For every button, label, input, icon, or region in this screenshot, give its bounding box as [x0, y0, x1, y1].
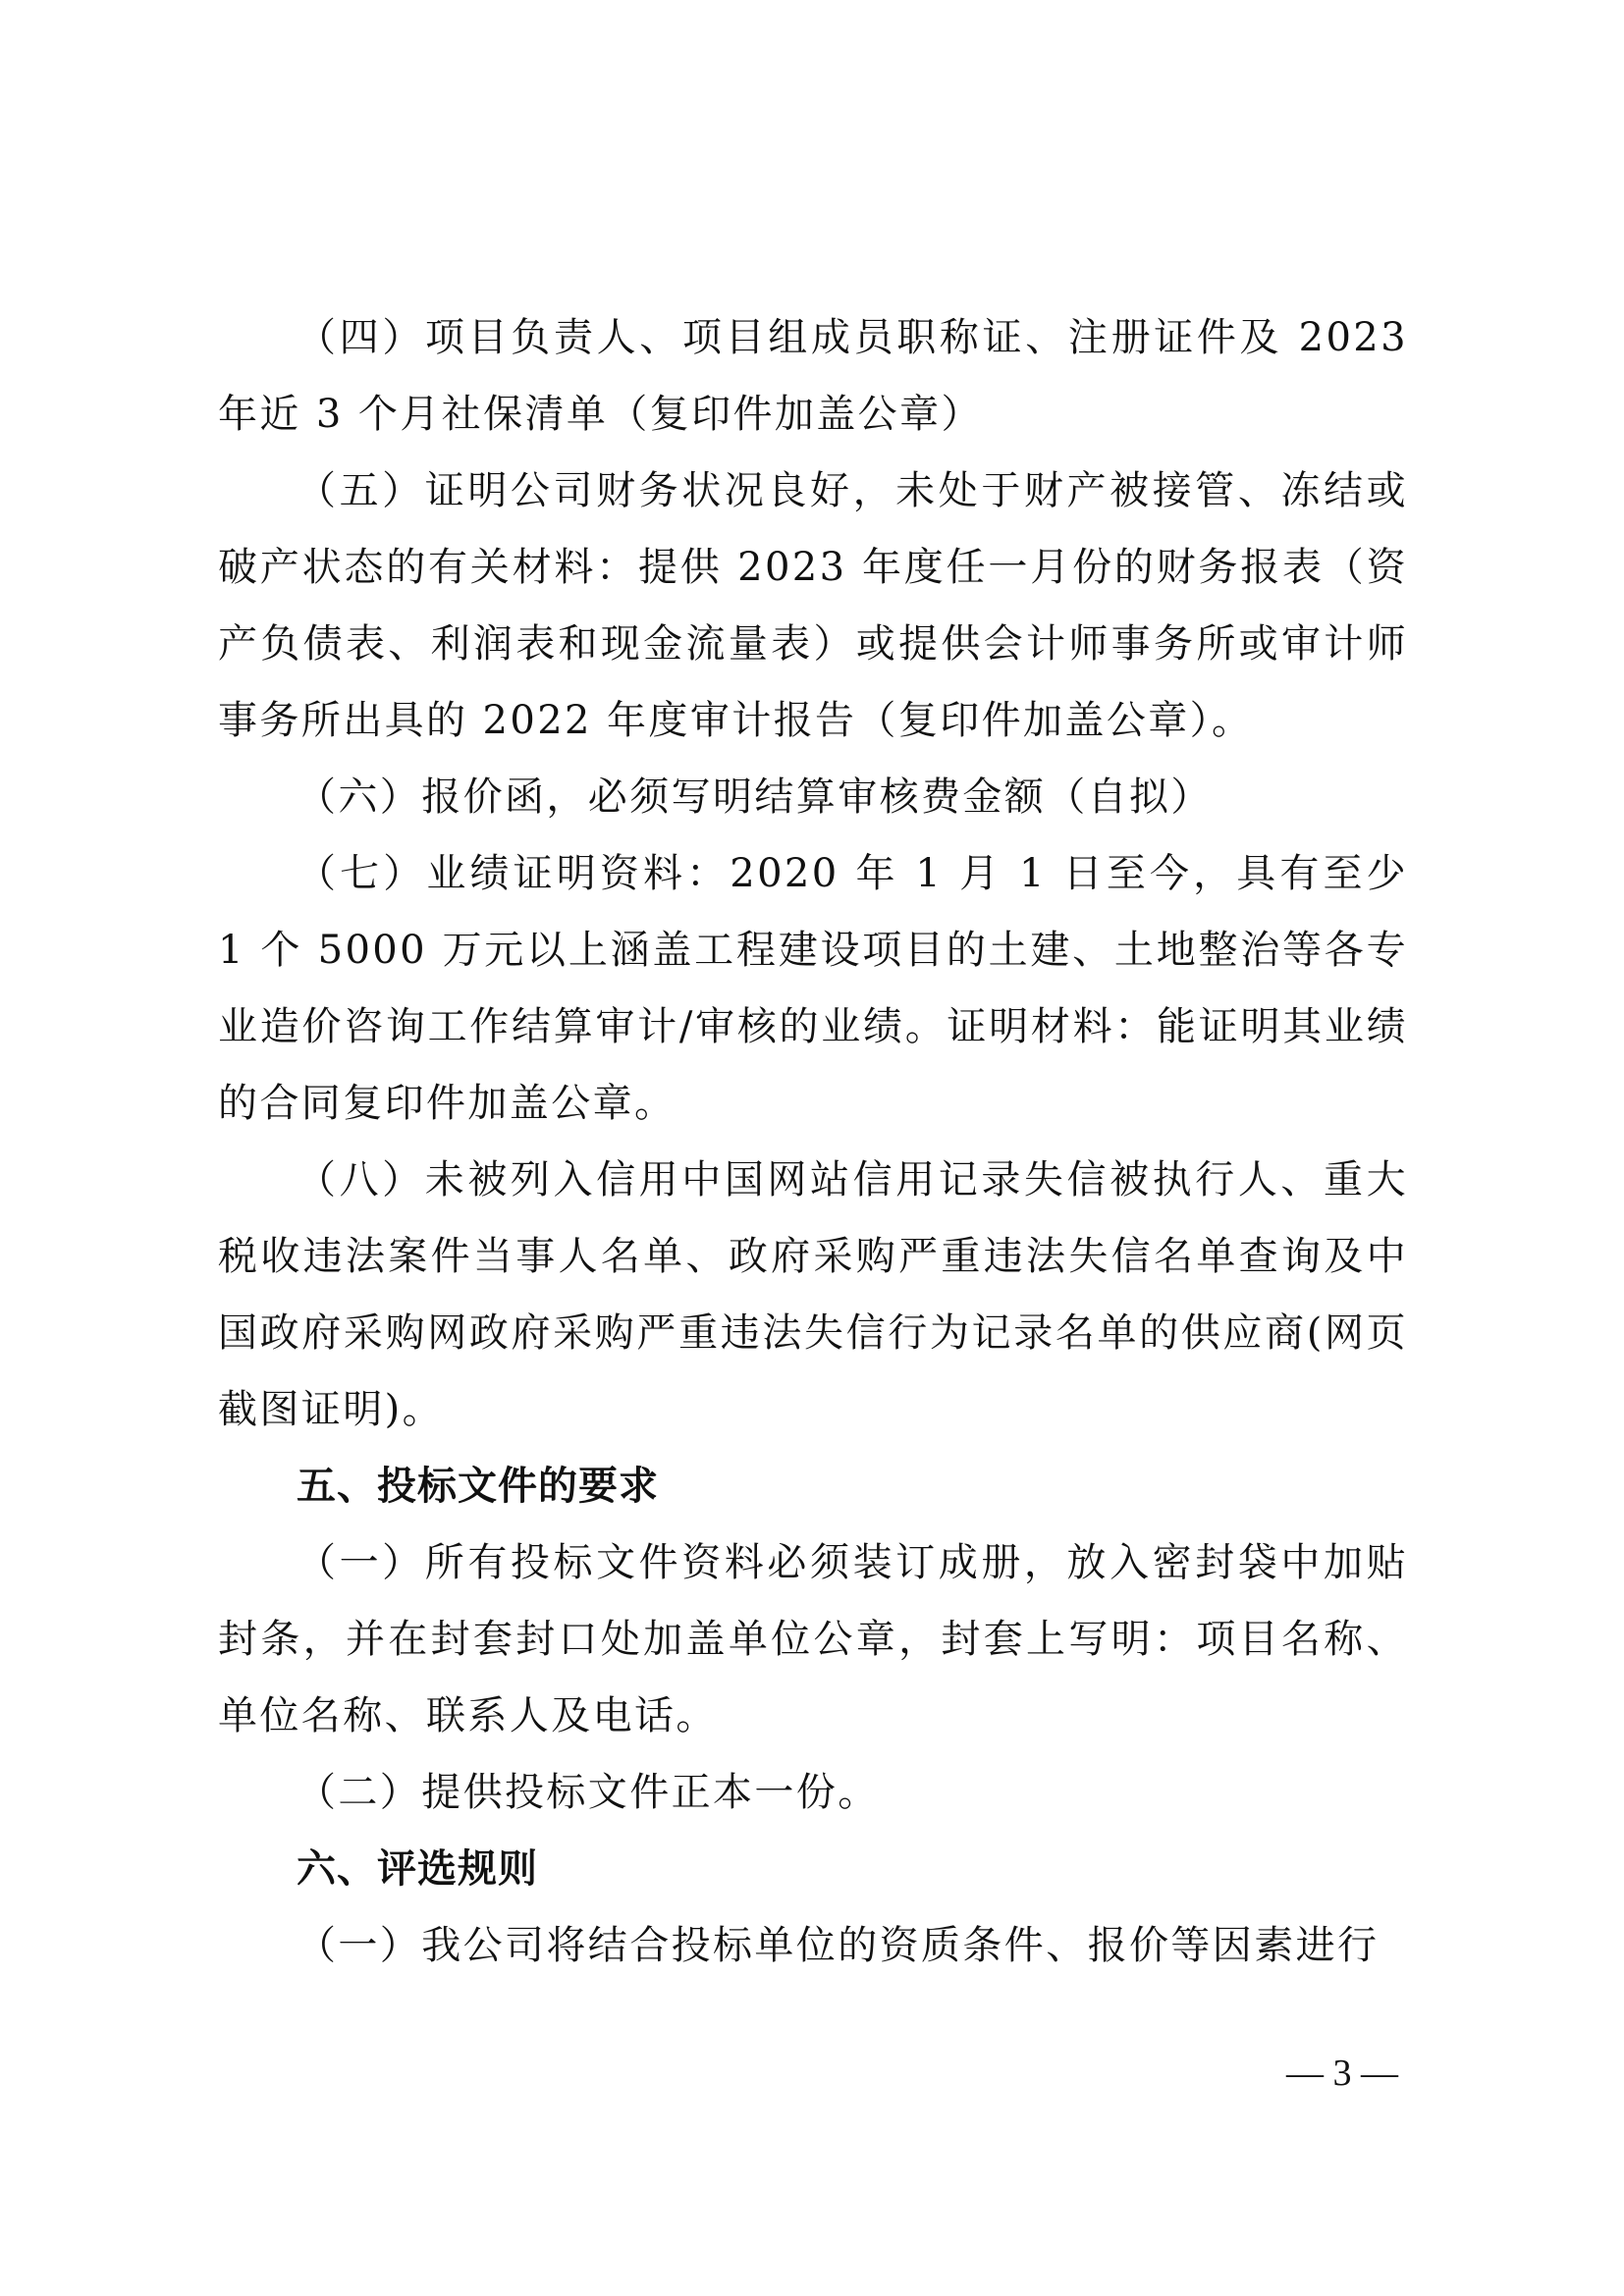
document-body: （四）项目负责人、项目组成员职称证、注册证件及 2023 年近 3 个月社保清单… — [218, 299, 1408, 1984]
paragraph-item-7-performance-proof: （七）业绩证明资料：2020 年 1 月 1 日至今，具有至少 1 个 5000… — [218, 835, 1408, 1142]
paragraph-item-4-personnel-certificates: （四）项目负责人、项目组成员职称证、注册证件及 2023 年近 3 个月社保清单… — [218, 299, 1408, 453]
paragraph-item-6-quotation-letter: （六）报价函，必须写明结算审核费金额（自拟） — [218, 759, 1408, 835]
section-heading-bid-document-requirements: 五、投标文件的要求 — [218, 1448, 1408, 1524]
page-number: — 3 — — [1286, 2052, 1398, 2095]
section-heading-evaluation-rules: 六、评选规则 — [218, 1831, 1408, 1907]
paragraph-item-5-financial-status: （五）证明公司财务状况良好，未处于财产被接管、冻结或破产状态的有关材料：提供 2… — [218, 453, 1408, 759]
paragraph-bid-original-copy: （二）提供投标文件正本一份。 — [218, 1754, 1408, 1831]
paragraph-evaluation-rule-1: （一）我公司将结合投标单位的资质条件、报价等因素进行 — [218, 1907, 1408, 1984]
paragraph-item-8-credit-records: （八）未被列入信用中国网站信用记录失信被执行人、重大税收违法案件当事人名单、政府… — [218, 1142, 1408, 1448]
paragraph-bid-binding-sealing: （一）所有投标文件资料必须装订成册，放入密封袋中加贴封条，并在封套封口处加盖单位… — [218, 1524, 1408, 1754]
